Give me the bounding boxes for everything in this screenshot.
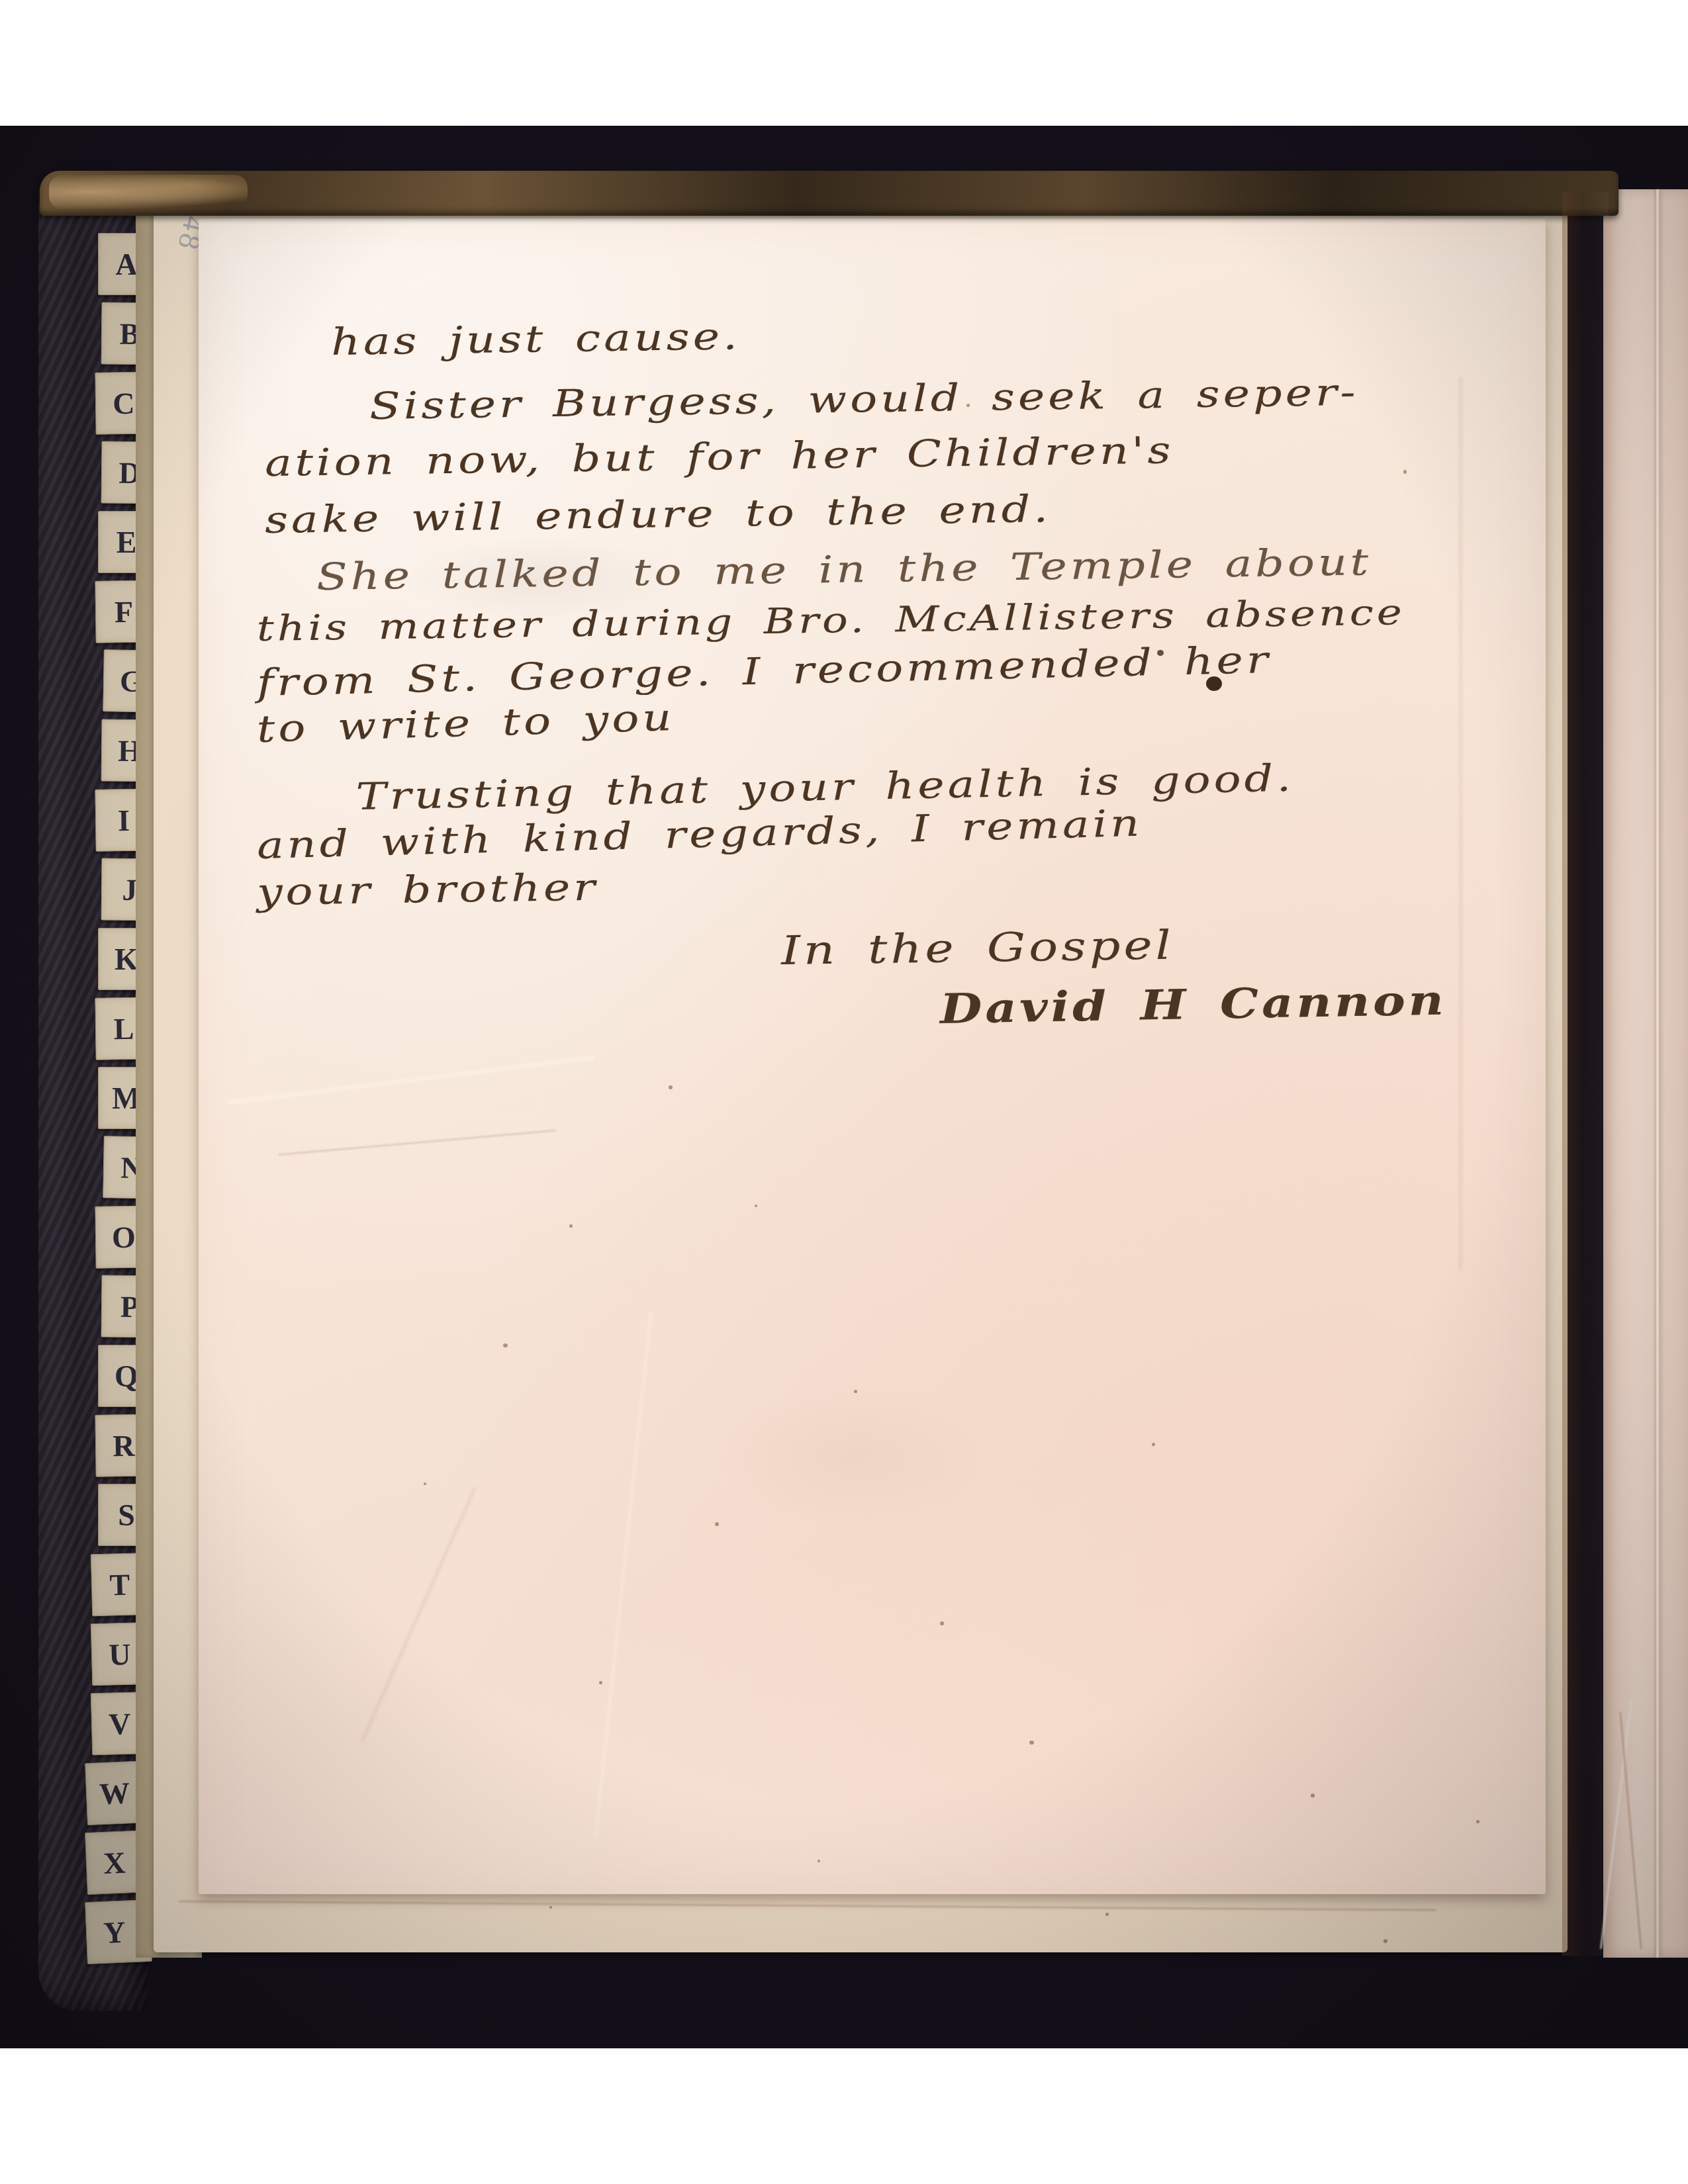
index-tab-letter: S bbox=[118, 1498, 135, 1533]
foxing-spot bbox=[940, 1621, 944, 1625]
foxing-spot bbox=[1403, 470, 1407, 474]
right-page bbox=[1603, 189, 1688, 1958]
book-top-edge bbox=[40, 171, 1618, 216]
foxing-spot bbox=[669, 1085, 673, 1089]
letter-page: has just cause. Sister Burgess, would se… bbox=[199, 218, 1546, 1894]
paper-crease bbox=[1619, 1712, 1642, 1950]
foxing-spot bbox=[715, 1522, 719, 1526]
foxing-spot bbox=[854, 1390, 857, 1393]
index-tab-letter: V bbox=[109, 1706, 132, 1741]
letter-line: She talked to me in the Temple about bbox=[316, 541, 1372, 599]
letter-signature: David H Cannon bbox=[939, 976, 1447, 1033]
foxing-spot bbox=[1476, 1820, 1479, 1823]
foxing-spot bbox=[424, 1482, 426, 1485]
foxing-spot bbox=[966, 404, 970, 407]
letter-line: to write to you bbox=[256, 696, 676, 751]
stain bbox=[715, 1383, 993, 1529]
foxing-spot bbox=[755, 1205, 757, 1207]
index-tab-letter: L bbox=[113, 1011, 134, 1046]
cover-damage bbox=[49, 175, 248, 209]
foxing-spot bbox=[1029, 1741, 1034, 1745]
foxing-spot bbox=[549, 1906, 552, 1909]
foxing-spot bbox=[569, 1224, 573, 1228]
index-tab-letter: U bbox=[109, 1636, 132, 1672]
index-tab-letter: O bbox=[112, 1219, 136, 1254]
page-fold-ridge bbox=[1656, 189, 1659, 1958]
letter-line: Sister Burgess, would seek a seper- bbox=[369, 371, 1359, 428]
paper-crease bbox=[1460, 377, 1462, 1271]
index-tab-letter: F bbox=[115, 594, 134, 629]
index-tab-letter: E bbox=[117, 525, 137, 560]
letter-line: your brother bbox=[256, 866, 598, 914]
foxing-spot bbox=[1152, 1443, 1155, 1446]
ink-blot bbox=[1157, 650, 1164, 656]
index-tab-letter: I bbox=[118, 802, 130, 837]
letter-line: sake will endure to the end. bbox=[264, 488, 1051, 542]
paper-crease bbox=[361, 1487, 476, 1742]
paper-crease bbox=[279, 1130, 556, 1156]
index-tab-letter: A bbox=[115, 247, 137, 282]
letter-line: ation now, but for her Children's bbox=[264, 429, 1174, 485]
foxing-spot bbox=[1383, 1939, 1387, 1943]
index-tab-letter: Q bbox=[115, 1359, 138, 1394]
foxing-spot bbox=[1311, 1794, 1315, 1797]
paper-crease bbox=[226, 1056, 594, 1104]
ink-blot bbox=[1206, 676, 1222, 691]
photo-background: A B C D E F G H I J K L M N O P Q R S T … bbox=[0, 126, 1688, 2048]
index-tab-letter: Y bbox=[103, 1914, 126, 1950]
foxing-spot bbox=[503, 1343, 508, 1347]
index-tab-letter: R bbox=[113, 1428, 135, 1463]
foxing-spot bbox=[599, 1681, 602, 1684]
letter-line: has just cause. bbox=[330, 315, 741, 364]
paper-crease bbox=[594, 1312, 652, 1839]
letter-closing: In the Gospel bbox=[780, 923, 1174, 974]
gutter-shadow bbox=[1562, 192, 1609, 1956]
letter-line: from St. George. I recommended her bbox=[256, 639, 1272, 705]
index-tab-letter: C bbox=[113, 385, 135, 420]
index-tab-letter: X bbox=[103, 1844, 126, 1880]
foxing-spot bbox=[1105, 1913, 1109, 1916]
index-tab-letter: T bbox=[109, 1567, 130, 1602]
index-tab-letter: W bbox=[99, 1775, 130, 1811]
index-tab-letter: K bbox=[115, 942, 138, 977]
foxing-spot bbox=[818, 1860, 820, 1862]
